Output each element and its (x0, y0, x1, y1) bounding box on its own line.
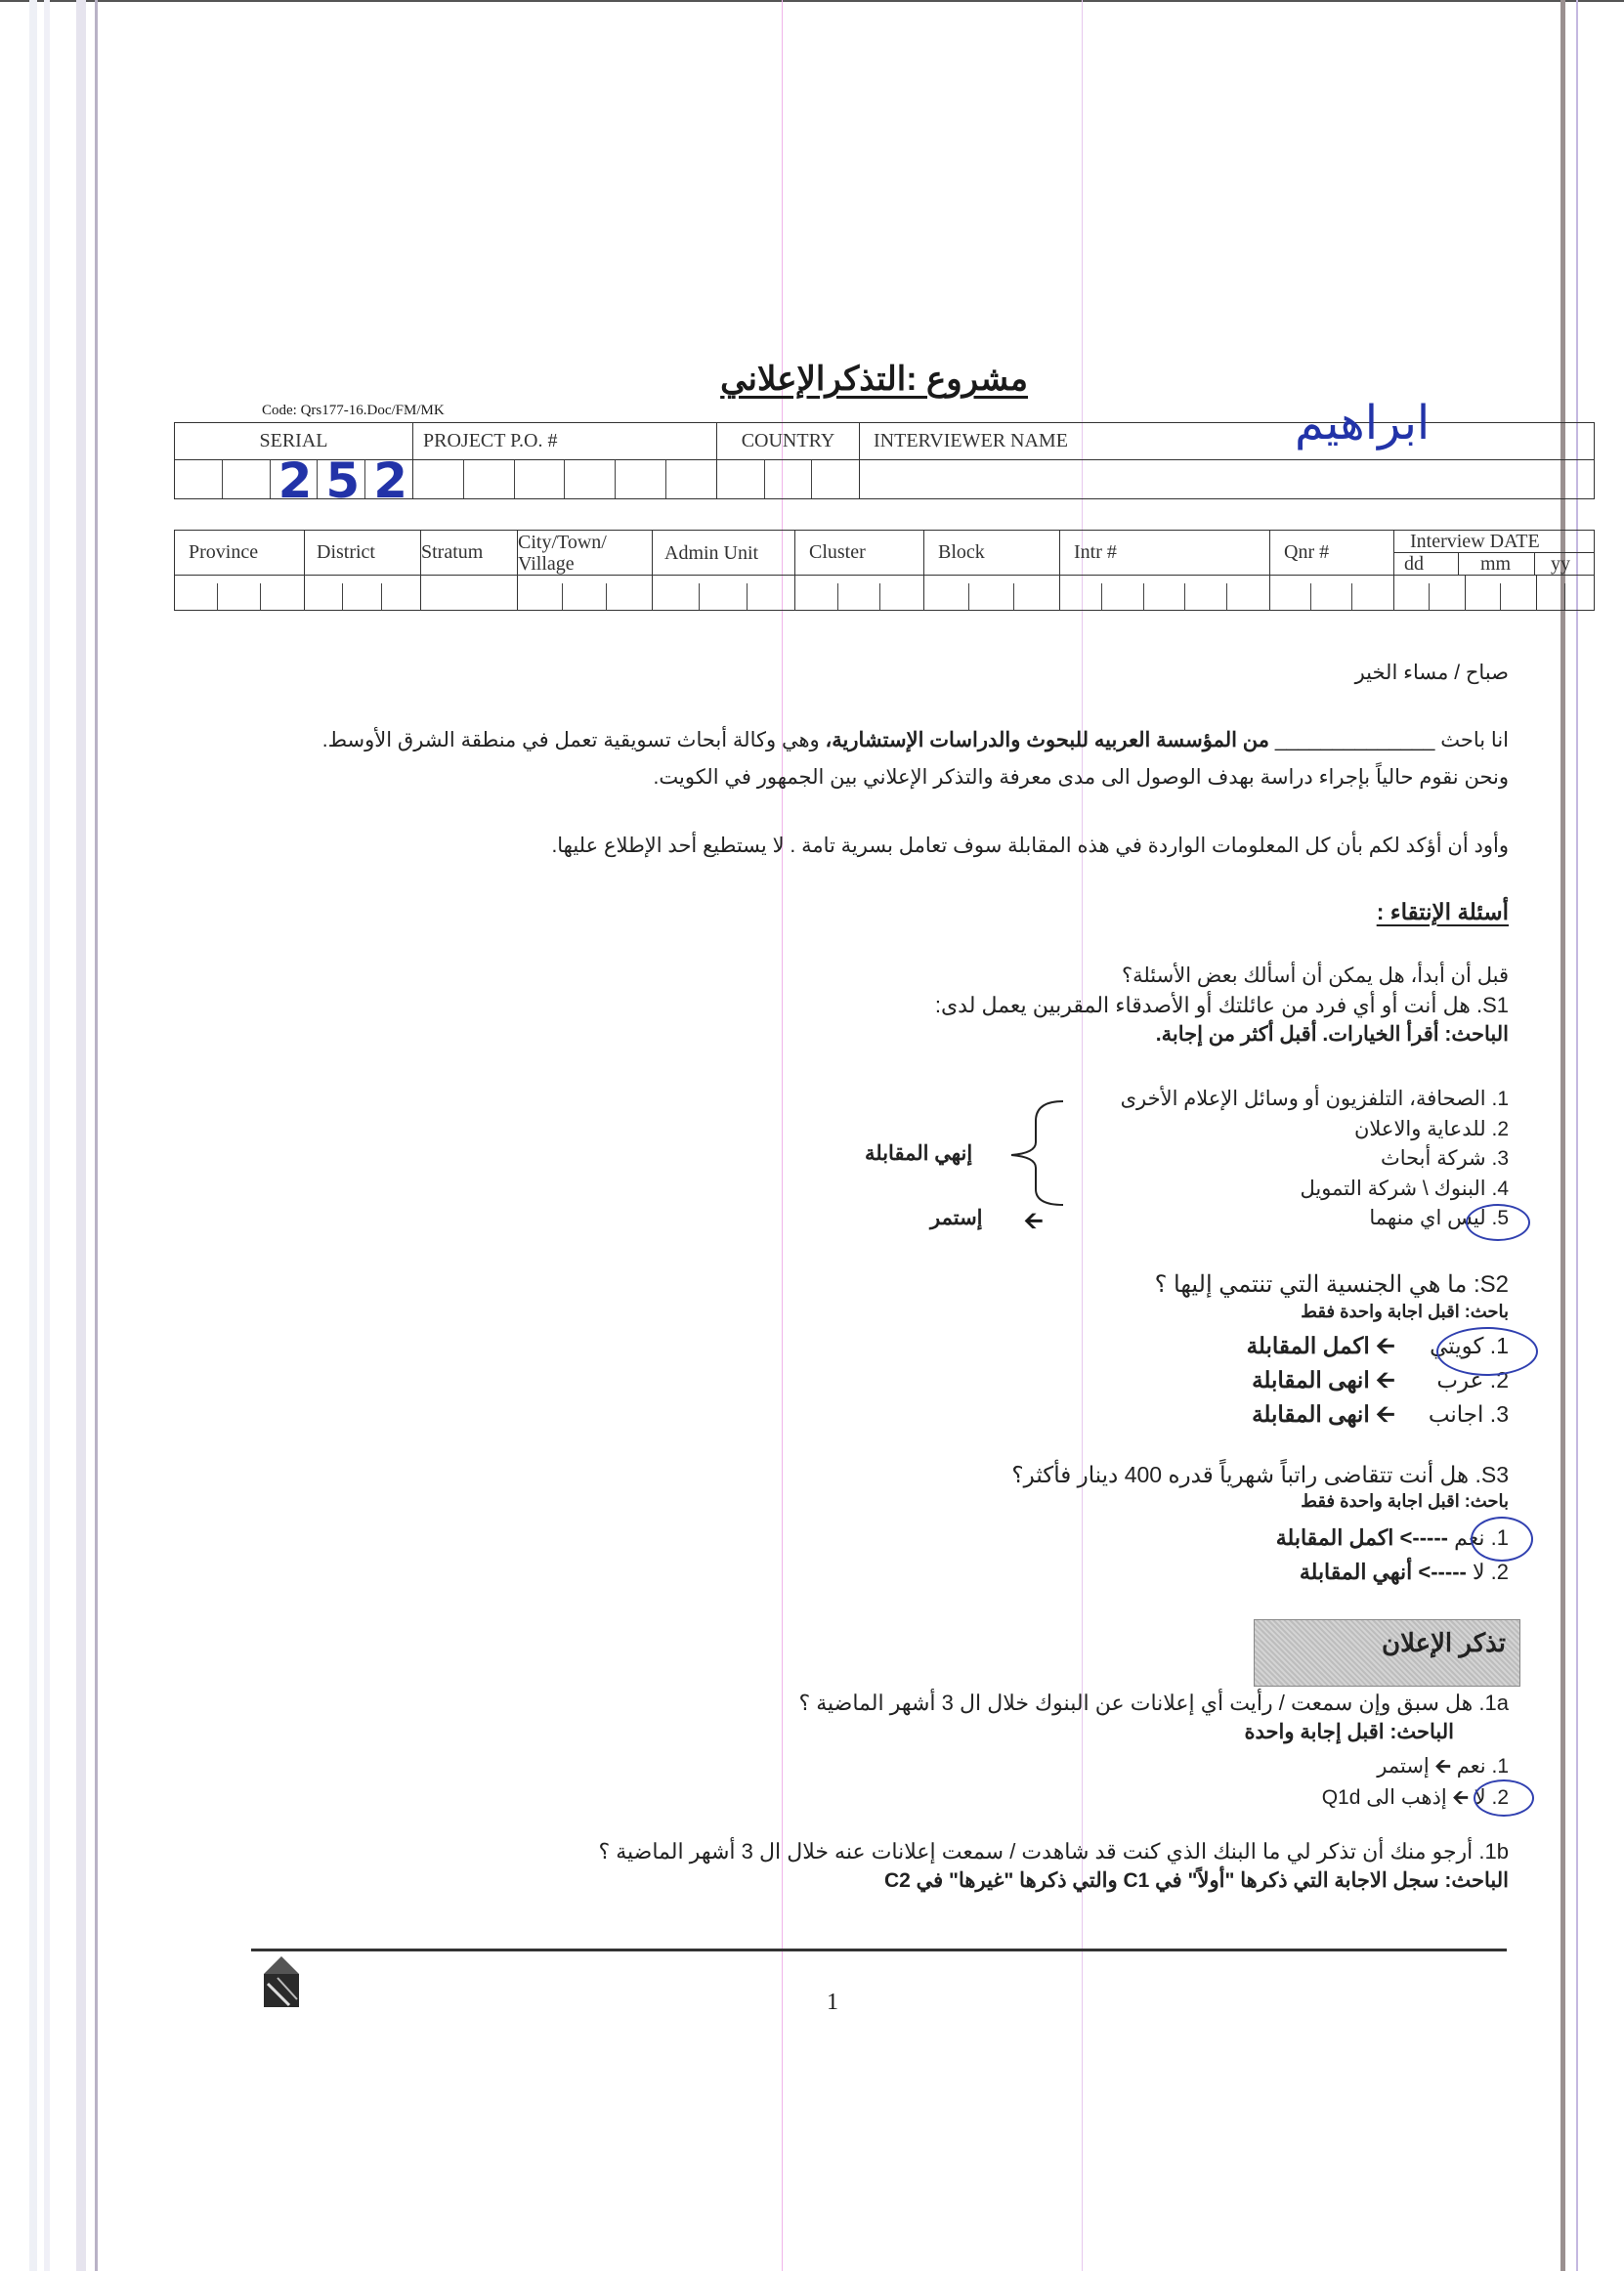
header-table: SERIAL PROJECT P.O. # COUNTRY INTERVIEWE… (174, 422, 1595, 499)
province-cells[interactable] (175, 576, 305, 611)
interview-date-header: Interview DATE dd mm yy (1394, 531, 1595, 576)
scan-streak (76, 0, 86, 2271)
country-label: COUNTRY (717, 423, 860, 460)
stratum-label: Stratum (421, 531, 518, 576)
q1a-option-1[interactable]: 1. نعم 🡨 إستمر (1322, 1751, 1509, 1782)
intr-label: Intr # (1060, 531, 1270, 576)
q1b-instruction: الباحث: سجل الاجابة التي ذكرها "أولاً" ف… (884, 1868, 1509, 1893)
cluster-cells[interactable] (795, 576, 924, 611)
admin-unit-label: Admin Unit (653, 531, 795, 576)
s1-question: S1. هل أنت أو أي فرد من عائلتك أو الأصدق… (935, 993, 1509, 1018)
block-cells[interactable] (924, 576, 1060, 611)
s1-selected-circle (1466, 1204, 1530, 1241)
interviewer-label-text: INTERVIEWER NAME (874, 430, 1068, 451)
s1-options: 1. الصحافة، التلفزيون أو وسائل الإعلام ا… (1121, 1085, 1509, 1234)
arrow-left-icon: 🡨 (1376, 1333, 1395, 1359)
city-label: City/Town/ Village (518, 531, 653, 576)
province-label: Province (175, 531, 305, 576)
cluster-label: Cluster (795, 531, 924, 576)
q1b-question: 1b. أرجو منك أن تذكر لي ما البنك الذي كن… (598, 1839, 1509, 1864)
serial-cell[interactable] (223, 460, 271, 498)
q1a-question: 1a. هل سبق وإن سمعت / رأيت أي إعلانات عن… (798, 1691, 1509, 1716)
arrow-left-icon: 🡨 (1435, 1756, 1451, 1778)
serial-cell[interactable]: 2 (271, 460, 319, 498)
company-logo-icon (260, 1954, 303, 2009)
q1a-instruction: الباحث: اقبل إجابة واحدة (1245, 1720, 1454, 1744)
interviewer-name-field[interactable] (860, 460, 1595, 499)
s1-terminate-label: إنهي المقابلة (865, 1141, 972, 1166)
date-dd-label: dd (1394, 553, 1459, 575)
district-label: District (305, 531, 421, 576)
s1-option-5[interactable]: 5. ليس اي منهما (1121, 1204, 1509, 1234)
scan-streak (1576, 0, 1578, 2271)
arrow-left-icon: 🡨 (1376, 1401, 1395, 1428)
s1-option-1[interactable]: 1. الصحافة، التلفزيون أو وسائل الإعلام ا… (1121, 1085, 1509, 1115)
ad-recall-heading: تذكر الإعلان (1382, 1628, 1506, 1658)
stratum-cell[interactable] (421, 576, 518, 611)
researcher-name-blank[interactable]: ______________ (1275, 729, 1435, 751)
confidentiality-statement: وأود أن أؤكد لكم بأن كل المعلومات الوارد… (551, 834, 1509, 858)
scan-streak (1560, 0, 1565, 2271)
s3-selected-circle (1471, 1517, 1533, 1562)
qnr-cells[interactable] (1270, 576, 1394, 611)
intro-line-2: ونحن نقوم حالياً بإجراء دراسة بهدف الوصو… (654, 765, 1509, 790)
date-cells[interactable] (1394, 576, 1595, 611)
date-yy-label: yy (1535, 553, 1594, 575)
admin-unit-cells[interactable] (653, 576, 795, 611)
document-code: Code: Qrs177-16.Doc/FM/MK (262, 403, 445, 419)
arrow-left-icon: 🡨 (1376, 1367, 1395, 1393)
scan-streak (95, 0, 98, 2271)
scan-streak (29, 0, 37, 2271)
s2-selected-circle (1436, 1327, 1538, 1376)
screening-preamble: قبل أن أبدأ، هل يمكن أن أسألك بعض الأسئل… (1122, 964, 1509, 988)
interview-date-label: Interview DATE (1394, 531, 1594, 553)
intro-line-1: انا باحث ______________ من المؤسسة العرب… (322, 728, 1509, 752)
location-table: Province District Stratum City/Town/ Vil… (174, 530, 1595, 611)
document-title: مشروع :التذكرالإعلاني (720, 360, 1028, 399)
district-cells[interactable] (305, 576, 421, 611)
city-cells[interactable] (518, 576, 653, 611)
footer-rule (251, 1949, 1507, 1951)
block-label: Block (924, 531, 1060, 576)
scan-streak (1082, 0, 1083, 2271)
intr-cells[interactable] (1060, 576, 1270, 611)
scan-streak (782, 0, 783, 2271)
s2-instruction: باحث: اقبل اجابة واحدة فقط (1301, 1302, 1509, 1322)
ad-recall-heading-box: تذكر الإعلان (1254, 1619, 1520, 1687)
country-cells[interactable] (717, 460, 860, 499)
project-cells[interactable] (413, 460, 717, 499)
project-label: PROJECT P.O. # (413, 423, 717, 460)
s3-question: S3. هل أنت تتقاضى راتباً شهرياً قدره 400… (1011, 1462, 1509, 1488)
s2-option-3[interactable]: 3. اجانب 🡨 انهى المقابلة (1247, 1397, 1509, 1432)
s3-instruction: باحث: اقبل اجابة واحدة فقط (1301, 1491, 1509, 1512)
serial-cell[interactable]: 2 (365, 460, 412, 498)
bracket-icon (1006, 1099, 1065, 1207)
screening-heading: أسئلة الإنتقاء : (1377, 899, 1509, 925)
s1-option-4[interactable]: 4. البنوك \ شركة التمويل (1121, 1175, 1509, 1205)
s3-option-2[interactable]: 2. لا -----> أنهي المقابلة (1276, 1555, 1509, 1589)
s1-instruction: الباحث: أقرأ الخيارات. أقبل أكثر من إجاب… (1156, 1022, 1509, 1047)
q1a-selected-circle (1474, 1779, 1534, 1817)
s1-option-2[interactable]: 2. للدعاية والاعلان (1121, 1115, 1509, 1145)
arrow-left-icon: 🡨 (1024, 1204, 1044, 1244)
date-mm-label: mm (1459, 553, 1535, 575)
greeting: صباح / مساء الخير (1355, 661, 1509, 685)
scan-edge (0, 0, 1624, 2)
page-number: 1 (827, 1990, 838, 2016)
scan-streak (44, 0, 50, 2271)
s1-continue-label: إستمر (930, 1206, 983, 1230)
interviewer-name-handwritten: ابراهيم (1295, 396, 1430, 450)
s2-question: S2: ما هي الجنسية التي تنتمي إليها ؟ (1155, 1270, 1509, 1299)
serial-cell[interactable]: 5 (318, 460, 365, 498)
interviewer-label: INTERVIEWER NAME ابراهيم (860, 423, 1595, 460)
serial-cells[interactable]: 2 5 2 (175, 460, 413, 499)
qnr-label: Qnr # (1270, 531, 1394, 576)
arrow-left-icon: 🡨 (1453, 1787, 1469, 1809)
s1-option-3[interactable]: 3. شركة أبحاث (1121, 1144, 1509, 1175)
serial-cell[interactable] (175, 460, 223, 498)
